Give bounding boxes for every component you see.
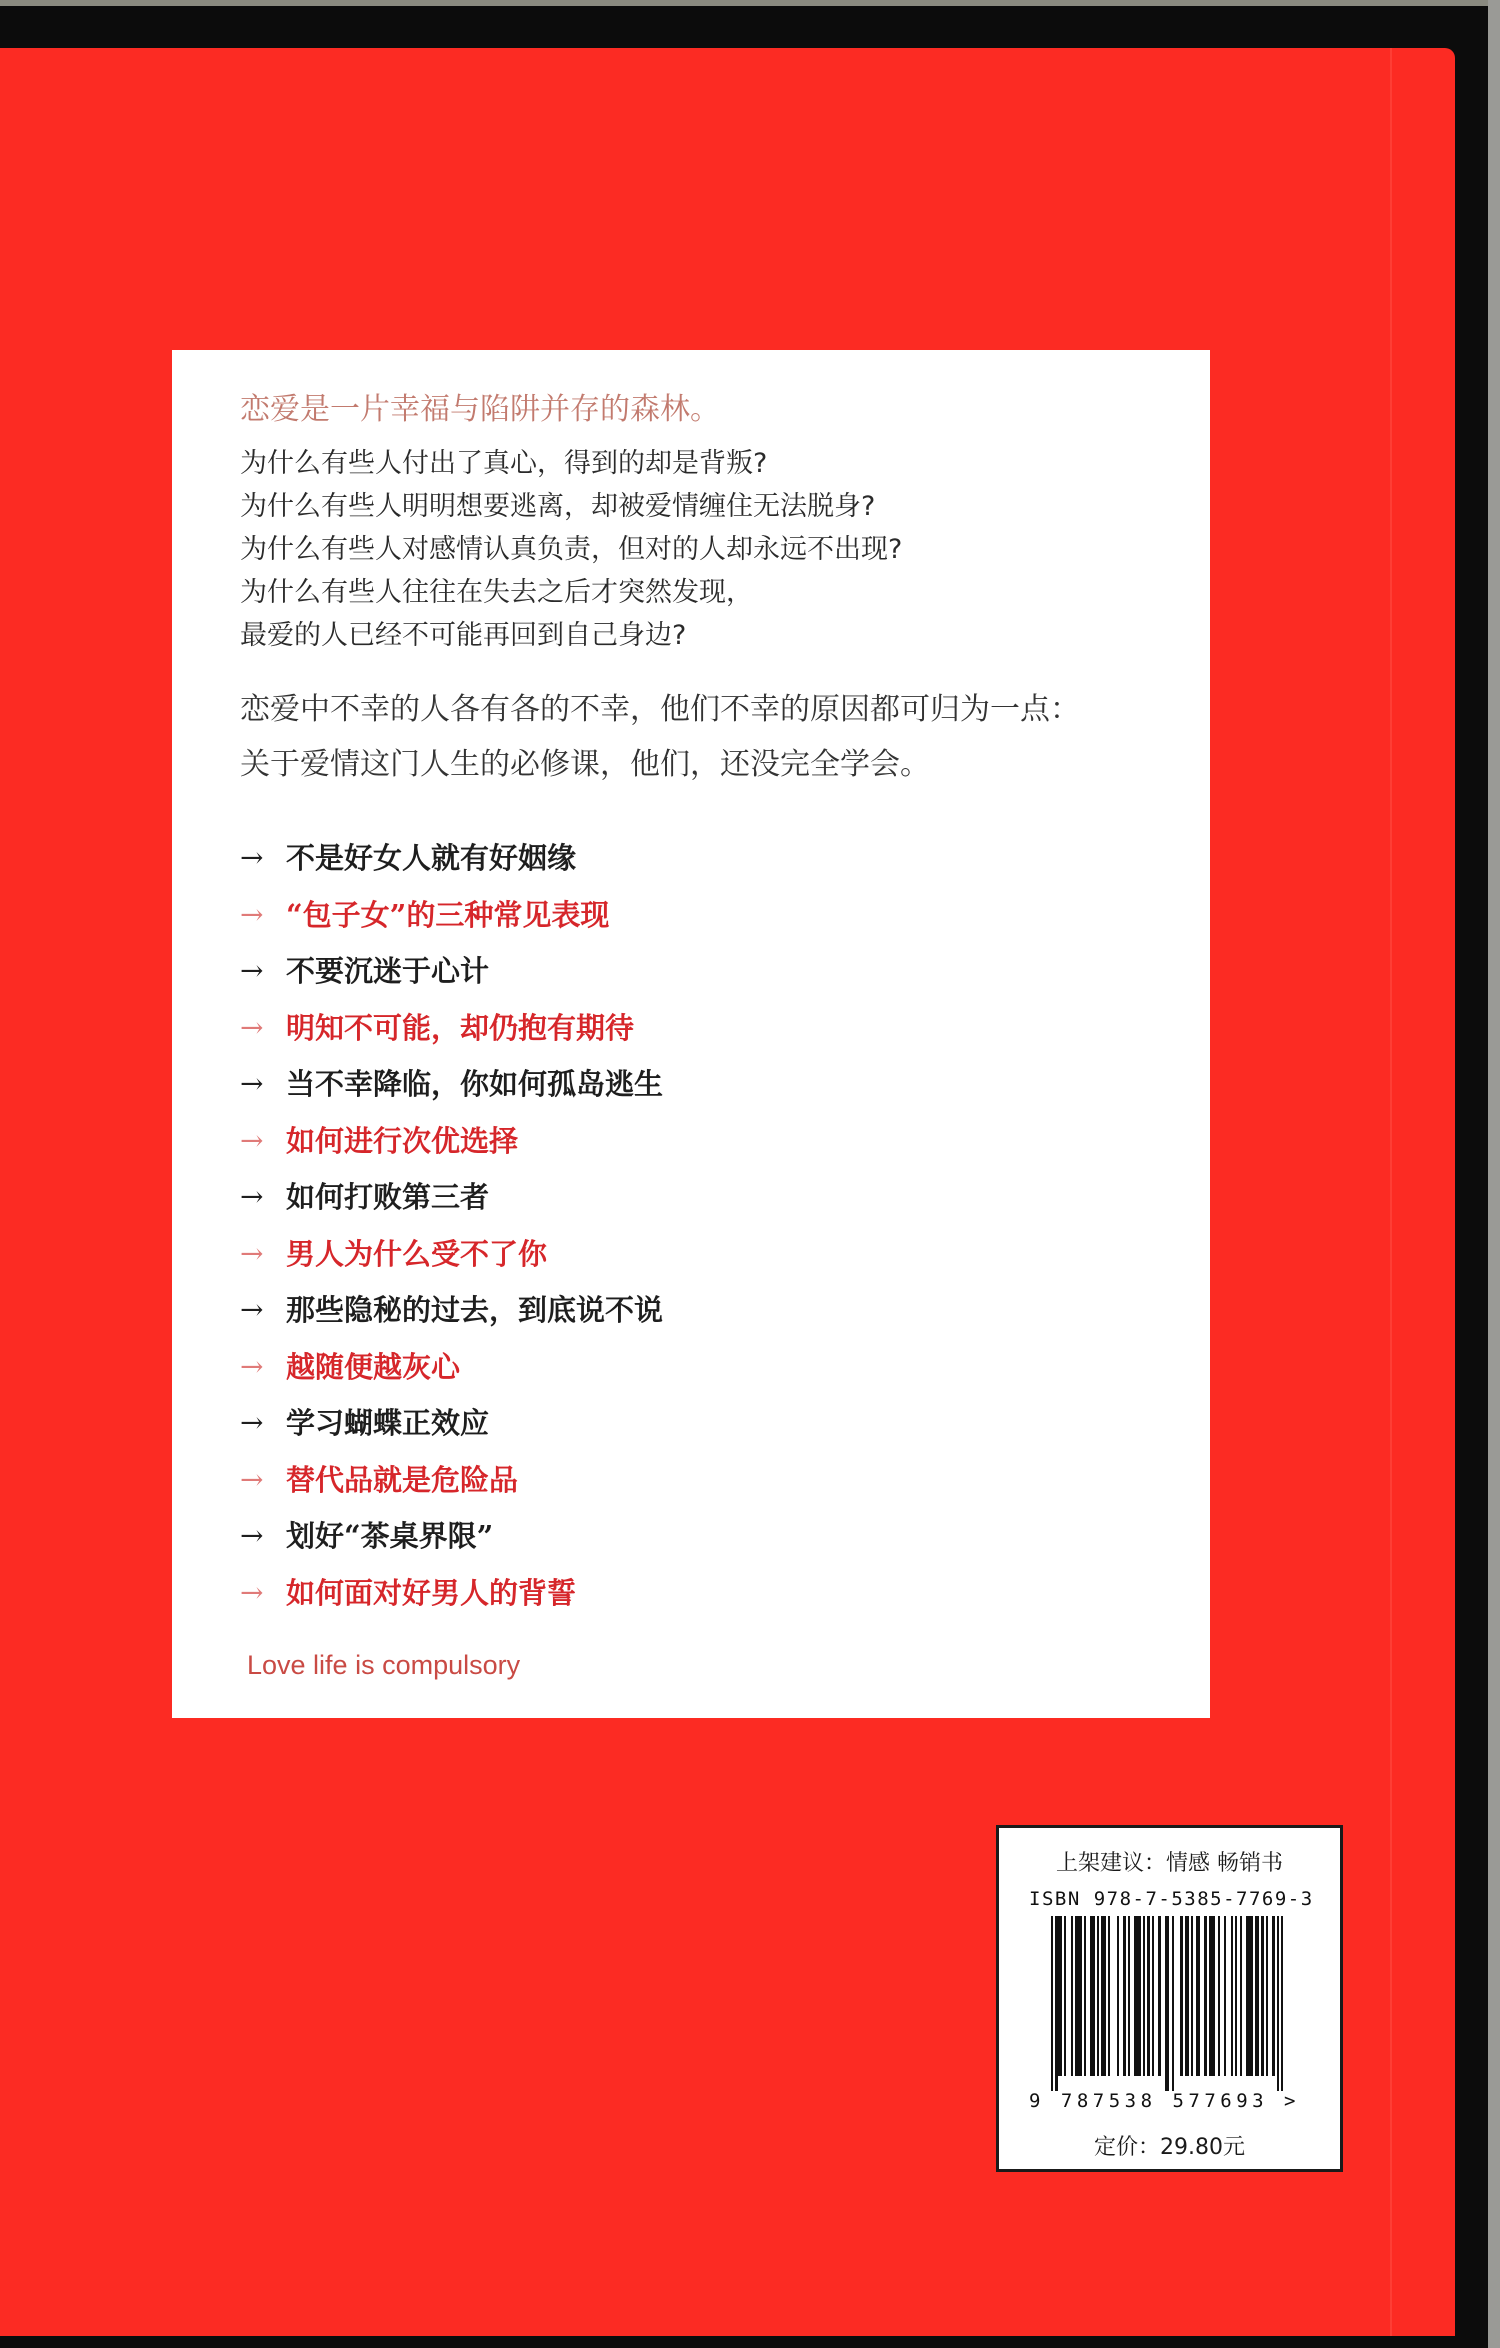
topic-item: →当不幸降临，你如何孤岛逃生: [240, 1056, 663, 1113]
summary-line: 恋爱中不幸的人各有各的不幸，他们不幸的原因都可归为一点：: [240, 682, 1080, 737]
arrow-right-icon: →: [240, 1113, 286, 1170]
scan-top-edge: [0, 0, 1500, 6]
barcode-label: 上架建议：情感 畅销书 ISBN 978-7-5385-7769-3 9 787…: [996, 1825, 1343, 2172]
topic-text: 那些隐秘的过去，到底说不说: [286, 1282, 663, 1339]
arrow-right-icon: →: [240, 1282, 286, 1339]
question-line: 为什么有些人往往在失去之后才突然发现，: [240, 571, 902, 614]
tagline: Love life is compulsory: [247, 1650, 520, 1681]
arrow-right-icon: →: [240, 1056, 286, 1113]
summary-text: 恋爱中不幸的人各有各的不幸，他们不幸的原因都可归为一点： 关于爱情这门人生的必修…: [240, 682, 1080, 792]
topic-text: 如何打败第三者: [286, 1169, 489, 1226]
question-line: 为什么有些人付出了真心，得到的却是背叛?: [240, 442, 902, 485]
arrow-right-icon: →: [240, 1000, 286, 1057]
question-line: 为什么有些人明明想要逃离，却被爱情缠住无法脱身?: [240, 485, 902, 528]
topic-text: 如何面对好男人的背誓: [286, 1565, 576, 1622]
topic-item: →越随便越灰心: [240, 1339, 663, 1396]
arrow-right-icon: →: [240, 1395, 286, 1452]
topic-item: →如何打败第三者: [240, 1169, 663, 1226]
topic-text: 男人为什么受不了你: [286, 1226, 547, 1283]
arrow-right-icon: →: [240, 1565, 286, 1622]
topic-text: 替代品就是危险品: [286, 1452, 518, 1509]
blurb-heading: 恋爱是一片幸福与陷阱并存的森林。: [240, 384, 720, 428]
topic-item: →那些隐秘的过去，到底说不说: [240, 1282, 663, 1339]
topic-text: 明知不可能，却仍抱有期待: [286, 1000, 634, 1057]
topic-item: →不要沉迷于心计: [240, 943, 663, 1000]
topic-text: 划好“茶桌界限”: [286, 1508, 493, 1565]
arrow-right-icon: →: [240, 1169, 286, 1226]
topic-list: →不是好女人就有好姻缘 →“包子女”的三种常见表现 →不要沉迷于心计 →明知不可…: [240, 830, 663, 1621]
topic-item: →明知不可能，却仍抱有期待: [240, 1000, 663, 1057]
arrow-right-icon: →: [240, 887, 286, 944]
topic-item: →如何面对好男人的背誓: [240, 1565, 663, 1622]
topic-text: 越随便越灰心: [286, 1339, 460, 1396]
topic-item: →替代品就是危险品: [240, 1452, 663, 1509]
arrow-right-icon: →: [240, 1452, 286, 1509]
topic-item: →如何进行次优选择: [240, 1113, 663, 1170]
topic-text: “包子女”的三种常见表现: [286, 887, 609, 944]
blurb-panel: 恋爱是一片幸福与陷阱并存的森林。 为什么有些人付出了真心，得到的却是背叛? 为什…: [172, 350, 1210, 1718]
topic-item: →不是好女人就有好姻缘: [240, 830, 663, 887]
topic-item: →划好“茶桌界限”: [240, 1508, 663, 1565]
topic-text: 学习蝴蝶正效应: [286, 1395, 489, 1452]
barcode-digits: 9 787538 577693 >: [1029, 2090, 1300, 2112]
topic-item: →学习蝴蝶正效应: [240, 1395, 663, 1452]
scan-right-edge: [1488, 0, 1500, 2348]
question-line: 最爱的人已经不可能再回到自己身边?: [240, 614, 902, 657]
shelf-category: 上架建议：情感 畅销书: [999, 1846, 1340, 1877]
cover-fold-line: [1390, 48, 1392, 2336]
arrow-right-icon: →: [240, 943, 286, 1000]
price-label: 定价：29.80元: [999, 2130, 1340, 2161]
topic-text: 如何进行次优选择: [286, 1113, 518, 1170]
isbn-text: ISBN 978-7-5385-7769-3: [1029, 1888, 1314, 1910]
topic-text: 不是好女人就有好姻缘: [286, 830, 576, 887]
barcode-bars-icon: [1051, 1916, 1303, 2091]
topic-item: →男人为什么受不了你: [240, 1226, 663, 1283]
arrow-right-icon: →: [240, 1226, 286, 1283]
topic-text: 不要沉迷于心计: [286, 943, 489, 1000]
topic-item: →“包子女”的三种常见表现: [240, 887, 663, 944]
summary-line: 关于爱情这门人生的必修课，他们，还没完全学会。: [240, 737, 1080, 792]
topic-text: 当不幸降临，你如何孤岛逃生: [286, 1056, 663, 1113]
arrow-right-icon: →: [240, 1508, 286, 1565]
arrow-right-icon: →: [240, 1339, 286, 1396]
question-list: 为什么有些人付出了真心，得到的却是背叛? 为什么有些人明明想要逃离，却被爱情缠住…: [240, 442, 902, 657]
arrow-right-icon: →: [240, 830, 286, 887]
question-line: 为什么有些人对感情认真负责，但对的人却永远不出现?: [240, 528, 902, 571]
